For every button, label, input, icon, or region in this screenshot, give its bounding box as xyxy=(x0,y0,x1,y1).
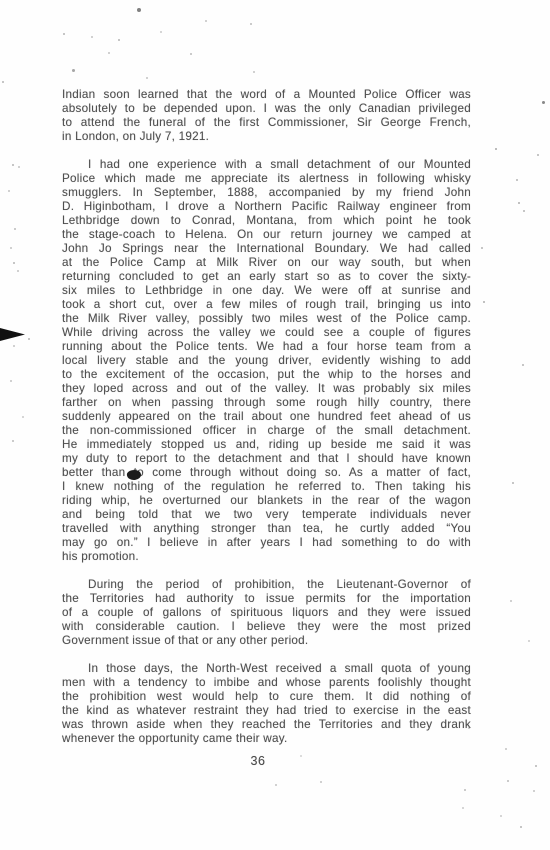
text-line: six miles to Lethbridge in one day. We w… xyxy=(62,284,471,298)
text-line: the non-commissioned officer in charge o… xyxy=(62,424,471,438)
scan-speck xyxy=(537,154,539,156)
text-line: to attend the funeral of the first Commi… xyxy=(62,116,471,130)
scan-speck xyxy=(137,8,141,12)
scan-speck xyxy=(522,364,524,366)
scan-speck xyxy=(320,781,322,783)
text-line: to the excitement of the occasion, put t… xyxy=(62,368,471,382)
scan-speck xyxy=(483,301,485,303)
margin-arrow-mark xyxy=(0,328,25,341)
scan-speck xyxy=(14,228,16,230)
scan-speck xyxy=(91,36,93,38)
scan-speck xyxy=(10,380,12,382)
text-line: with considerable caution. I believe the… xyxy=(62,620,471,634)
scan-speck xyxy=(518,202,520,204)
scan-speck xyxy=(464,789,466,791)
paragraph: In those days, the North-West received a… xyxy=(62,662,471,746)
text-line: the Territories had authority to issue p… xyxy=(62,592,471,606)
scan-speck xyxy=(512,482,514,484)
text-line: whenever the opportunity came their way. xyxy=(62,732,471,746)
scan-speck xyxy=(205,20,207,22)
text-line: men with a tendency to imbibe and whose … xyxy=(62,676,471,690)
text-line: Indian soon learned that the word of a M… xyxy=(62,88,471,102)
scan-speck xyxy=(300,755,302,757)
text-line: local livery stable and the young driver… xyxy=(62,354,471,368)
text-line: He immediately stopped us and, riding up… xyxy=(62,438,471,452)
text-line: Lethbridge down to Conrad, Montana, from… xyxy=(62,214,471,228)
text-line: of a couple of gallons of spirituous liq… xyxy=(62,606,471,620)
text-line: suddenly appeared on the trail about one… xyxy=(62,410,471,424)
scan-speck xyxy=(465,278,467,280)
text-line: John Jo Springs near the International B… xyxy=(62,242,471,256)
scan-speck xyxy=(17,270,19,272)
scan-speck xyxy=(146,77,148,79)
scan-speck xyxy=(250,23,252,25)
text-line: absolutely to be depended upon. I was th… xyxy=(62,102,471,116)
book-page: Indian soon learned that the word of a M… xyxy=(0,0,550,850)
text-line: travelled with anything stronger than te… xyxy=(62,522,471,536)
scan-speck xyxy=(500,815,502,817)
text-line: took a short cut, over a few miles of ro… xyxy=(62,298,471,312)
text-line: I knew nothing of the regulation he refe… xyxy=(62,480,471,494)
text-line: Police which made me appreciate its aler… xyxy=(62,172,471,186)
scan-speck xyxy=(22,416,24,418)
scan-speck xyxy=(542,101,545,104)
text-line: returning concluded to get an early star… xyxy=(62,270,471,284)
paragraph: I had one experience with a small detach… xyxy=(62,158,471,564)
text-line: my duty to report to the detachment and … xyxy=(62,452,471,466)
text-line: and being told that we two very temperat… xyxy=(62,508,471,522)
paragraph: During the period of prohibition, the Li… xyxy=(62,578,471,648)
text-line: the prohibition west would help to cure … xyxy=(62,690,471,704)
text-line: they loped across and out of the valley.… xyxy=(62,382,471,396)
text-line: was thrown aside when they reached the T… xyxy=(62,718,471,732)
text-line: may go on.” I believe in after years I h… xyxy=(62,536,471,550)
scan-speck xyxy=(72,69,75,72)
scan-speck xyxy=(118,39,120,41)
scan-speck xyxy=(523,210,525,212)
scan-speck xyxy=(462,807,464,809)
paragraph: Indian soon learned that the word of a M… xyxy=(62,88,471,144)
scan-speck xyxy=(468,727,470,729)
text-line: farther on when passing through some rou… xyxy=(62,396,471,410)
scan-speck xyxy=(63,33,65,35)
scan-speck xyxy=(535,765,537,767)
scan-speck xyxy=(510,600,512,602)
text-line: in London, on July 7, 1921. xyxy=(62,130,471,144)
text-line: In those days, the North-West received a… xyxy=(62,662,471,676)
scan-speck xyxy=(108,52,110,54)
scan-speck xyxy=(520,826,522,828)
scan-speck xyxy=(253,71,255,73)
scan-speck xyxy=(18,166,20,168)
text-line: D. Higinbotham, I drove a Northern Pacif… xyxy=(62,200,471,214)
scan-speck xyxy=(516,179,518,181)
text-line: riding whip, he overturned our blankets … xyxy=(62,494,471,508)
scan-speck xyxy=(505,748,507,750)
text-line: the kind as whatever restraint they had … xyxy=(62,704,471,718)
scan-speck xyxy=(495,148,497,150)
scan-speck xyxy=(8,190,10,192)
text-line: During the period of prohibition, the Li… xyxy=(62,578,471,592)
scan-speck xyxy=(28,338,30,340)
text-line: smugglers. In September, 1888, accompani… xyxy=(62,186,471,200)
text-line: at the Police Camp at Milk River on our … xyxy=(62,256,471,270)
text-line: While driving across the valley we could… xyxy=(62,326,471,340)
page-text: Indian soon learned that the word of a M… xyxy=(62,88,471,760)
scan-speck xyxy=(12,440,14,442)
scan-speck xyxy=(481,247,483,249)
scan-speck xyxy=(10,247,12,249)
scan-speck xyxy=(160,31,162,33)
text-line: running about the Police tents. We had a… xyxy=(62,340,471,354)
page-number: 36 xyxy=(62,754,454,768)
text-line: better than to come through without doin… xyxy=(62,466,471,480)
text-line: Government issue of that or any other pe… xyxy=(62,634,471,648)
text-line: the Milk River valley, possibly two mile… xyxy=(62,312,471,326)
text-line: I had one experience with a small detach… xyxy=(62,158,471,172)
scan-speck xyxy=(190,53,192,55)
text-line: the stage-coach to Helena. On our return… xyxy=(62,228,471,242)
scan-speck xyxy=(507,780,509,782)
scan-speck xyxy=(2,81,4,83)
text-line: his promotion. xyxy=(62,550,471,564)
scan-speck xyxy=(12,164,14,166)
scan-speck xyxy=(13,345,15,347)
scan-speck xyxy=(13,262,15,264)
scan-speck xyxy=(275,784,277,786)
scan-speck xyxy=(528,640,530,642)
scan-speck xyxy=(533,790,535,792)
